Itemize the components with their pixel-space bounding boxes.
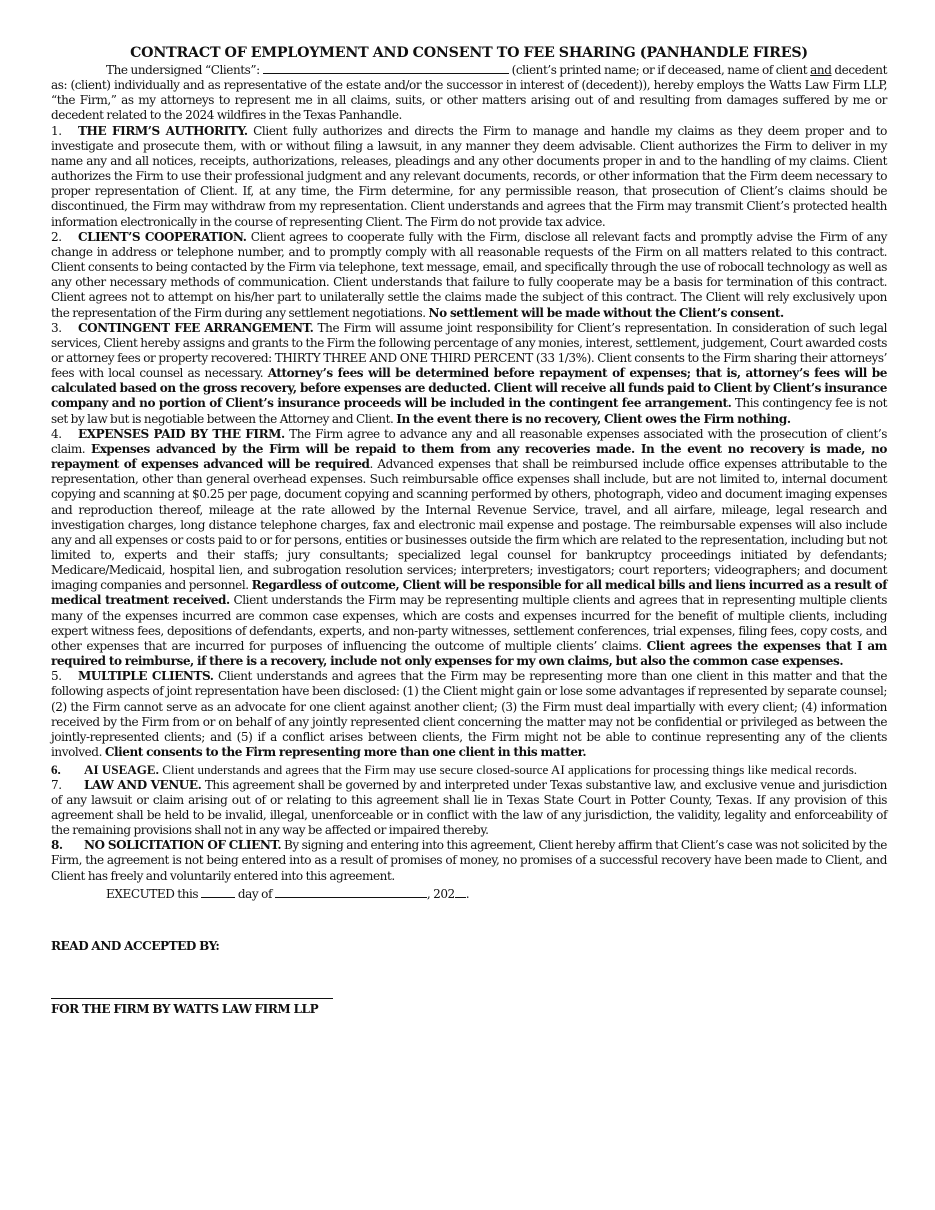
- section-heading: MULTIPLE CLIENTS.: [78, 669, 214, 683]
- day-of-label: day of: [235, 887, 275, 901]
- section-heading: CLIENT’S COOPERATION.: [78, 230, 246, 244]
- read-and-accepted-label: READ AND ACCEPTED BY:: [51, 939, 887, 954]
- year-field[interactable]: [455, 886, 466, 898]
- section-3: 3.CONTINGENT FEE ARRANGEMENT. The Firm w…: [51, 321, 887, 427]
- section-text: . Advanced expenses that shall be reimbu…: [51, 457, 887, 592]
- section-text: Client fully authorizes and directs the …: [51, 124, 887, 229]
- section-number: 8.: [51, 838, 84, 853]
- year-prefix: , 202: [427, 887, 455, 901]
- section-number: 1.: [51, 124, 78, 139]
- section-heading: THE FIRM’S AUTHORITY.: [78, 124, 248, 138]
- section-5: 5.MULTIPLE CLIENTS. Client understands a…: [51, 669, 887, 760]
- intro-text: (client’s printed name; or if deceased, …: [509, 63, 811, 77]
- section-6: 6.AI USEAGE. Client understands and agre…: [51, 762, 887, 778]
- section-heading: NO SOLICITATION OF CLIENT.: [84, 838, 281, 852]
- day-field[interactable]: [201, 886, 235, 898]
- section-8: 8.NO SOLICITATION OF CLIENT. By signing …: [51, 838, 887, 883]
- section-heading: EXPENSES PAID BY THE FIRM.: [78, 427, 285, 441]
- document-title: CONTRACT OF EMPLOYMENT AND CONSENT TO FE…: [51, 44, 887, 62]
- intro-underlined-and: and: [810, 63, 831, 77]
- section-text: Client understands and agrees that the F…: [159, 762, 857, 777]
- section-heading: AI USEAGE.: [84, 762, 159, 777]
- section-heading: LAW AND VENUE.: [84, 778, 201, 792]
- section-number: 6.: [51, 762, 84, 778]
- section-1: 1.THE FIRM’S AUTHORITY. Client fully aut…: [51, 124, 887, 230]
- intro-paragraph: The undersigned “Clients”: (client’s pri…: [51, 62, 887, 124]
- client-name-field[interactable]: [263, 62, 509, 74]
- month-field[interactable]: [275, 886, 427, 898]
- section-bold-text: Client consents to the Firm representing…: [105, 745, 586, 759]
- firm-signature-label: FOR THE FIRM BY WATTS LAW FIRM LLP: [51, 1002, 887, 1017]
- executed-line: EXECUTED this day of , 202.: [51, 886, 887, 902]
- section-bold-text: No settlement will be made without the C…: [429, 306, 784, 320]
- section-number: 4.: [51, 427, 78, 442]
- executed-label: EXECUTED this: [106, 887, 201, 901]
- section-heading: CONTINGENT FEE ARRANGEMENT.: [78, 321, 313, 335]
- section-number: 3.: [51, 321, 78, 336]
- section-4: 4.EXPENSES PAID BY THE FIRM. The Firm ag…: [51, 427, 887, 670]
- section-2: 2.CLIENT’S COOPERATION. Client agrees to…: [51, 230, 887, 321]
- section-number: 2.: [51, 230, 78, 245]
- firm-signature-line[interactable]: [51, 998, 333, 999]
- intro-lead: The undersigned “Clients”:: [106, 63, 260, 77]
- section-number: 5.: [51, 669, 78, 684]
- section-bold-text: In the event there is no recovery, Clien…: [396, 412, 790, 426]
- section-7: 7.LAW AND VENUE. This agreement shall be…: [51, 778, 887, 839]
- section-number: 7.: [51, 778, 84, 793]
- contract-page: CONTRACT OF EMPLOYMENT AND CONSENT TO FE…: [0, 0, 935, 1210]
- executed-end: .: [466, 887, 469, 901]
